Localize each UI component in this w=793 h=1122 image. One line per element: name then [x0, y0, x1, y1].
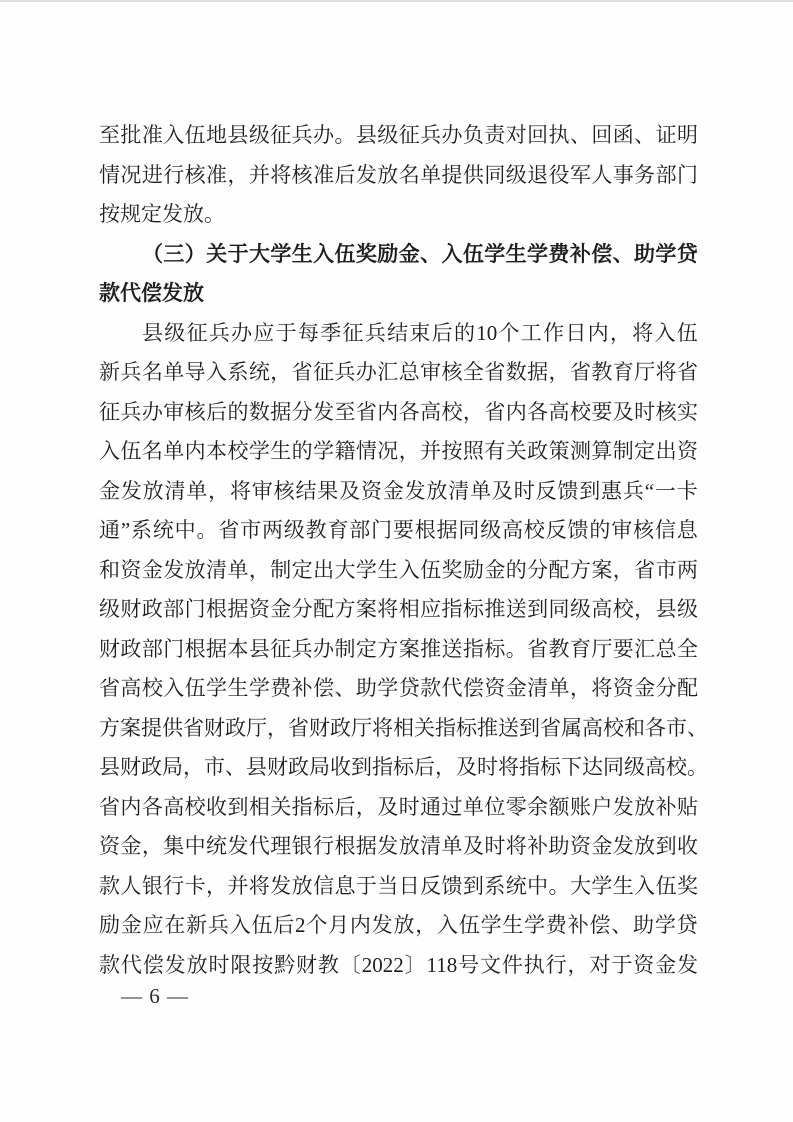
text-line: 级财政部门根据资金分配方案将相应指标推送到同级高校，县级: [99, 590, 698, 630]
text-line: 入伍名单内本校学生的学籍情况，并按照有关政策测算制定出资: [99, 432, 698, 472]
text-line: 省高校入伍学生学费补偿、助学贷款代偿资金清单，将资金分配: [99, 669, 698, 709]
text-line: 方案提供省财政厅，省财政厅将相关指标推送到省属高校和各市、: [99, 709, 698, 749]
section-heading-line: 款代偿发放: [99, 274, 698, 314]
text-line: 资金，集中统发代理银行根据发放清单及时将补助资金发放到收: [99, 827, 698, 867]
text-line: 省内各高校收到相关指标后，及时通过单位零余额账户发放补贴: [99, 788, 698, 828]
section-heading-line: （三）关于大学生入伍奖励金、入伍学生学费补偿、助学贷: [99, 235, 698, 275]
text-line: 按规定发放。: [99, 195, 698, 235]
text-line: 通”系统中。省市两级教育部门要根据同级高校反馈的审核信息: [99, 511, 698, 551]
text-line: 情况进行核准，并将核准后发放名单提供同级退役军人事务部门: [99, 156, 698, 196]
text-line: 县级征兵办应于每季征兵结束后的10个工作日内，将入伍: [99, 314, 698, 354]
text-line: 至批准入伍地县级征兵办。县级征兵办负责对回执、回函、证明: [99, 116, 698, 156]
text-line: 新兵名单导入系统，省征兵办汇总审核全省数据，省教育厅将省: [99, 353, 698, 393]
text-line: 款人银行卡，并将发放信息于当日反馈到系统中。大学生入伍奖: [99, 867, 698, 907]
document-page: 至批准入伍地县级征兵办。县级征兵办负责对回执、回函、证明 情况进行核准，并将核准…: [0, 0, 793, 1122]
text-line: 财政部门根据本县征兵办制定方案推送指标。省教育厅要汇总全: [99, 630, 698, 670]
text-line: 和资金发放清单，制定出大学生入伍奖励金的分配方案，省市两: [99, 551, 698, 591]
page-number: — 6 —: [121, 978, 189, 1014]
text-line: 励金应在新兵入伍后2个月内发放，入伍学生学费补偿、助学贷: [99, 906, 698, 946]
text-line: 金发放清单，将审核结果及资金发放清单及时反馈到惠兵“一卡: [99, 472, 698, 512]
text-line: 县财政局，市、县财政局收到指标后，及时将指标下达同级高校。: [99, 748, 698, 788]
document-body: 至批准入伍地县级征兵办。县级征兵办负责对回执、回函、证明 情况进行核准，并将核准…: [99, 116, 698, 985]
scan-edge-line: [0, 0, 793, 2]
text-line: 征兵办审核后的数据分发至省内各高校，省内各高校要及时核实: [99, 393, 698, 433]
